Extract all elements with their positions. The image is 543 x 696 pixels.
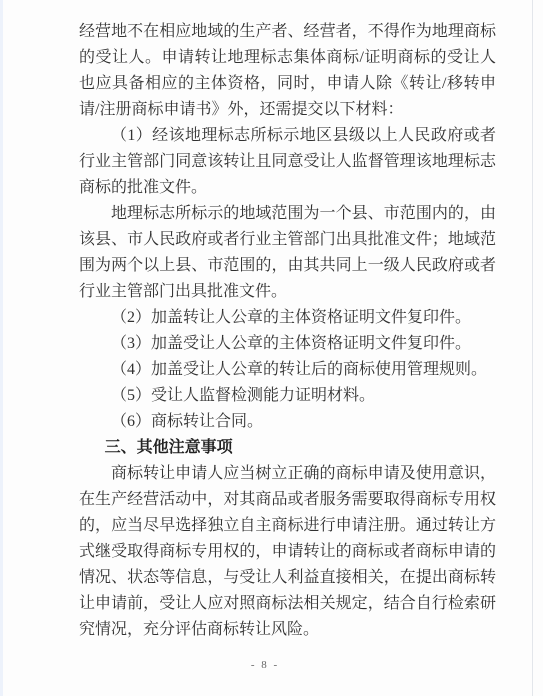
document-page: 经营地不在相应地域的生产者、经营者，不得作为地理商标的受让人。申请转让地理标志集… <box>0 0 543 696</box>
page-right-border <box>532 0 533 696</box>
page-number: - 8 - <box>0 657 530 673</box>
list-item-2: （2）加盖转让人公章的主体资格证明文件复印件。 <box>79 305 496 331</box>
list-item-6: （6）商标转让合同。 <box>79 409 496 435</box>
list-item-5: （5）受让人监督检测能力证明材料。 <box>79 383 496 409</box>
section-heading: 三、其他注意事项 <box>79 435 496 461</box>
document-body: 经营地不在相应地域的生产者、经营者，不得作为地理商标的受让人。申请转让地理标志集… <box>79 19 496 643</box>
page-left-edge <box>0 0 3 696</box>
list-item-4: （4）加盖受让人公章的转让后的商标使用管理规则。 <box>79 357 496 383</box>
paragraph-intro: 经营地不在相应地域的生产者、经营者，不得作为地理商标的受让人。申请转让地理标志集… <box>79 19 496 123</box>
paragraph-other-notes: 商标转让申请人应当树立正确的商标申请及使用意识，在生产经营活动中，对其商品或者服… <box>79 461 496 643</box>
list-item-3: （3）加盖受让人公章的主体资格证明文件复印件。 <box>79 331 496 357</box>
list-item-1: （1）经该地理标志所标示地区县级以上人民政府或者行业主管部门同意该转让且同意受让… <box>79 123 496 201</box>
paragraph-geo-scope: 地理标志所标示的地域范围为一个县、市范围内的，由该县、市人民政府或者行业主管部门… <box>79 201 496 305</box>
